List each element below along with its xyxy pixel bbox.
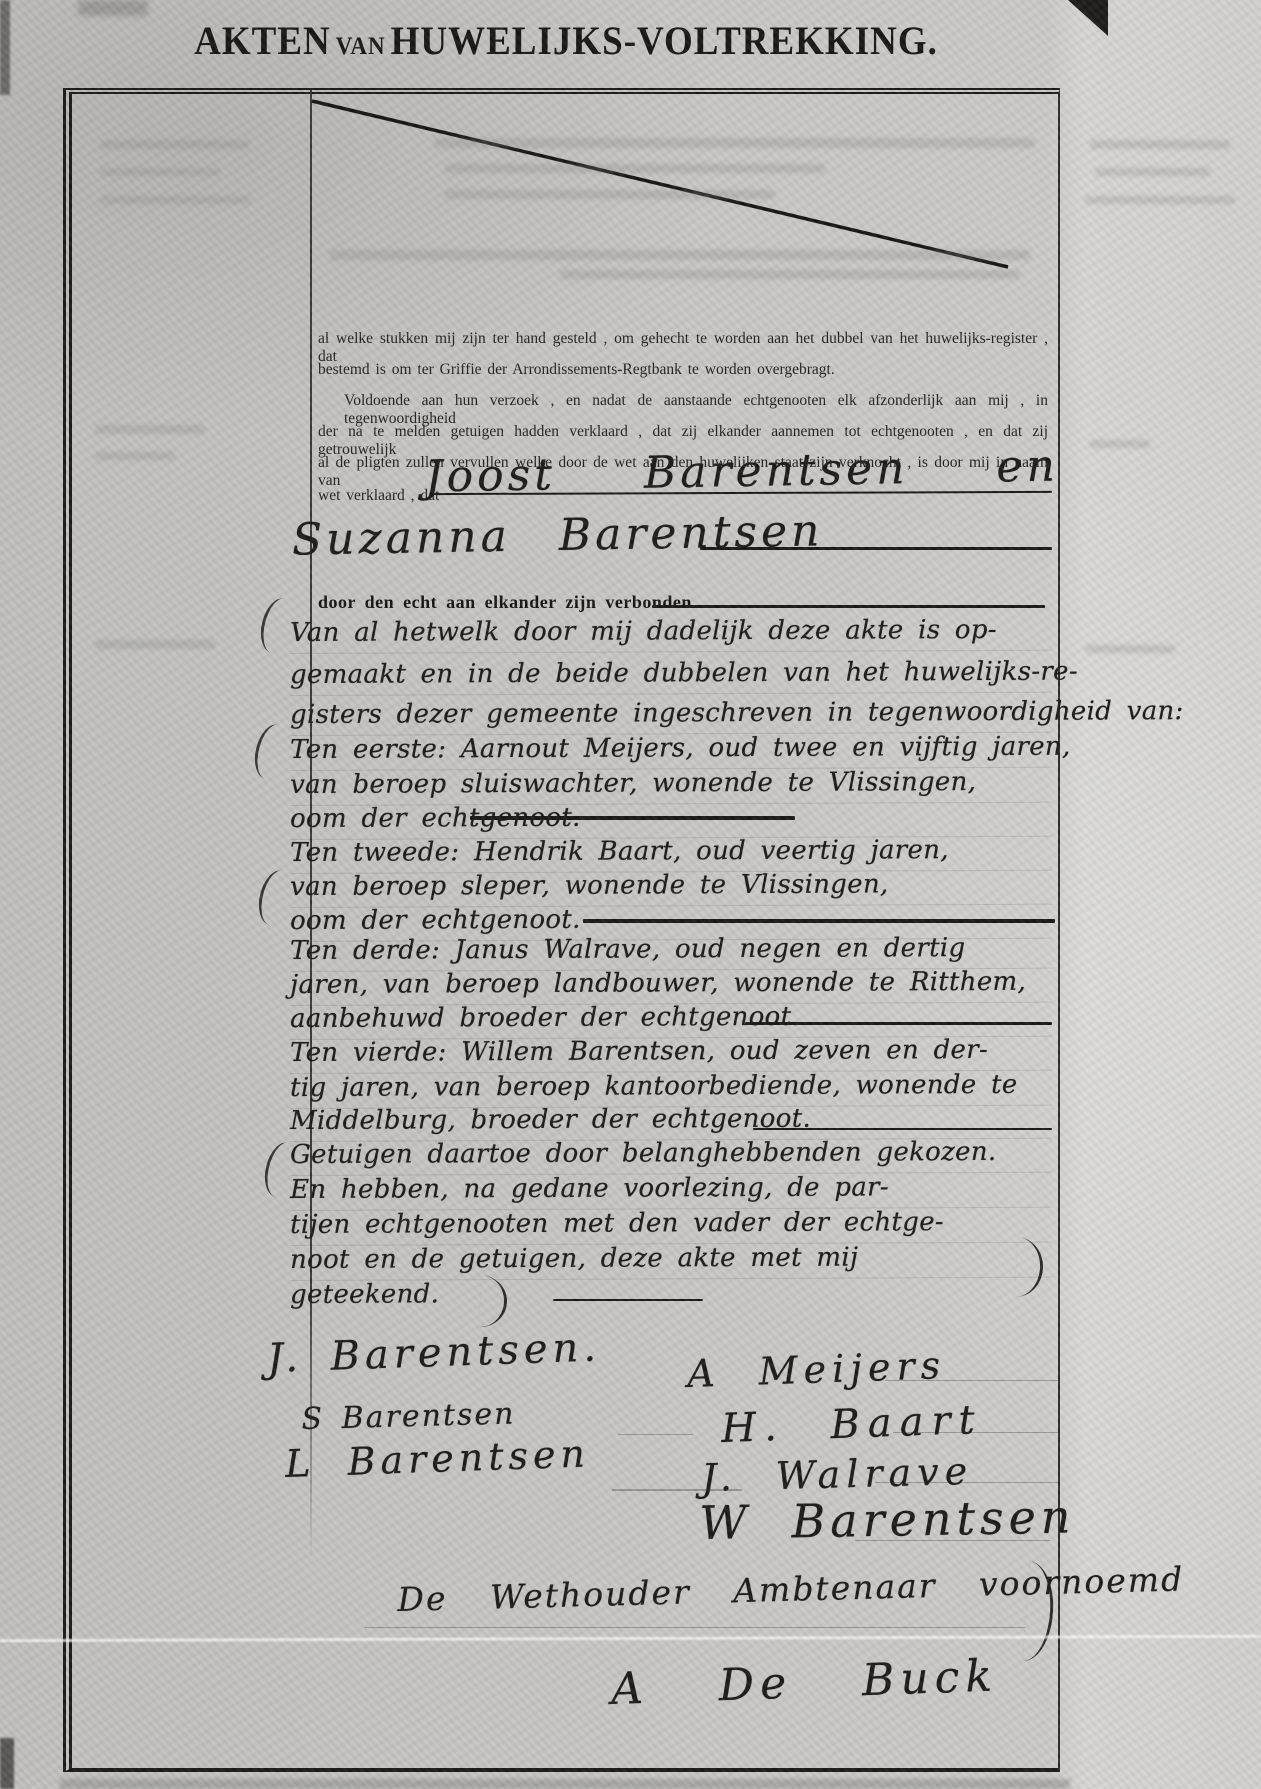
bleed-through-line <box>1090 140 1230 149</box>
handwritten-line: Ten tweede: Hendrik Baart, oud veertig j… <box>290 835 1052 874</box>
guide-line <box>365 1627 1025 1628</box>
bleed-through-line <box>445 164 825 173</box>
bleed-through-line <box>1090 440 1150 448</box>
ink-rule <box>553 1299 703 1301</box>
scan-shadow <box>60 1779 1070 1789</box>
bleed-through-line <box>560 270 1020 279</box>
scan-edge-mark <box>0 1738 14 1789</box>
handwritten-line: Ten eerste: Aarnout Meijers, oud twee en… <box>290 732 1052 771</box>
ink-rule <box>583 919 1055 923</box>
signature-h-baart: H. Baart <box>720 1397 983 1452</box>
signature-a-meijers: A Meijers <box>686 1343 946 1396</box>
bleed-through-line <box>1095 168 1210 176</box>
bleed-through-line <box>435 138 1035 148</box>
scan-smudge <box>78 0 148 16</box>
handwritten-line: Van al hetwelk door mij dadelijk deze ak… <box>290 615 1052 654</box>
scan-edge-mark <box>0 0 10 95</box>
handwritten-line: aanbehuwd broeder der echtgenoot. <box>290 1001 1052 1040</box>
ink-rule <box>745 1022 1052 1025</box>
handwritten-line: tijen echtgenooten met den vader der ech… <box>290 1207 1052 1246</box>
bride-name: Suzanna Barentsen <box>292 505 824 565</box>
ink-rule <box>700 547 1052 550</box>
ink-rule <box>652 605 1045 608</box>
handwritten-line: Middelburg, broeder der echtgenoot. <box>290 1103 1052 1142</box>
scanned-marriage-certificate: AKTEN VAN HUWELIJKS-VOLTREKKING. al welk… <box>0 0 1261 1789</box>
handwritten-line: geteekend. <box>290 1277 1052 1315</box>
handwritten-line: van beroep sluiswachter, wonende te Vlis… <box>290 767 1052 806</box>
handwritten-line: noot en de getuigen, deze akte met mij <box>290 1242 1052 1281</box>
bleed-through-line <box>330 250 1030 260</box>
bleed-through-line <box>95 640 215 649</box>
guide-line <box>855 1540 1050 1541</box>
guide-line <box>885 1380 1060 1381</box>
scan-corner-mark <box>1068 0 1108 36</box>
handwritten-line: oom der echtgenoot. <box>290 801 1052 840</box>
handwritten-line: Ten vierde: Willem Barentsen, oud zeven … <box>290 1035 1052 1074</box>
handwritten-line: Ten derde: Janus Walrave, oud negen en d… <box>290 933 1052 972</box>
handwritten-line: En hebben, na gedane voorlezing, de par- <box>290 1172 1052 1211</box>
bleed-through-line <box>95 425 205 434</box>
guide-line <box>612 1489 742 1491</box>
bleed-through-line <box>100 168 220 176</box>
ink-rule <box>753 1128 1052 1130</box>
signature-s-barentsen: S Barentsen <box>301 1396 516 1437</box>
bleed-through-line <box>100 196 250 204</box>
guide-line <box>618 1434 693 1435</box>
handwritten-line: van beroep sleper, wonende te Vlissingen… <box>290 869 1052 908</box>
handwritten-line: jaren, van beroep landbouwer, wonende te… <box>290 967 1052 1006</box>
printed-line: bestemd is om ter Griffie der Arrondisse… <box>318 361 1048 379</box>
bleed-through-line <box>100 140 250 149</box>
marriage-clause: door den echt aan elkander zijn verbonde… <box>318 592 697 613</box>
title-word-huwelijks: HUWELIJKS-VOLTREKKING. <box>391 19 938 63</box>
handwritten-line: gisters dezer gemeente ingeschreven in t… <box>290 697 1052 736</box>
handwritten-line: Getuigen daartoe door belanghebbenden ge… <box>290 1137 1052 1176</box>
guide-line <box>893 1432 1058 1433</box>
title-word-akten: AKTEN <box>194 19 331 63</box>
document-title: AKTEN VAN HUWELIJKS-VOLTREKKING. <box>72 18 1060 64</box>
bleed-through-line <box>1085 196 1235 204</box>
bleed-through-line <box>1085 645 1175 653</box>
title-word-van: VAN <box>336 32 386 59</box>
ink-rule <box>470 816 795 820</box>
bleed-through-line <box>445 190 775 199</box>
guide-line <box>875 1482 1060 1483</box>
bleed-through-line <box>95 452 175 460</box>
handwritten-line: gemaakt en in de beide dubbelen van het … <box>290 657 1052 696</box>
